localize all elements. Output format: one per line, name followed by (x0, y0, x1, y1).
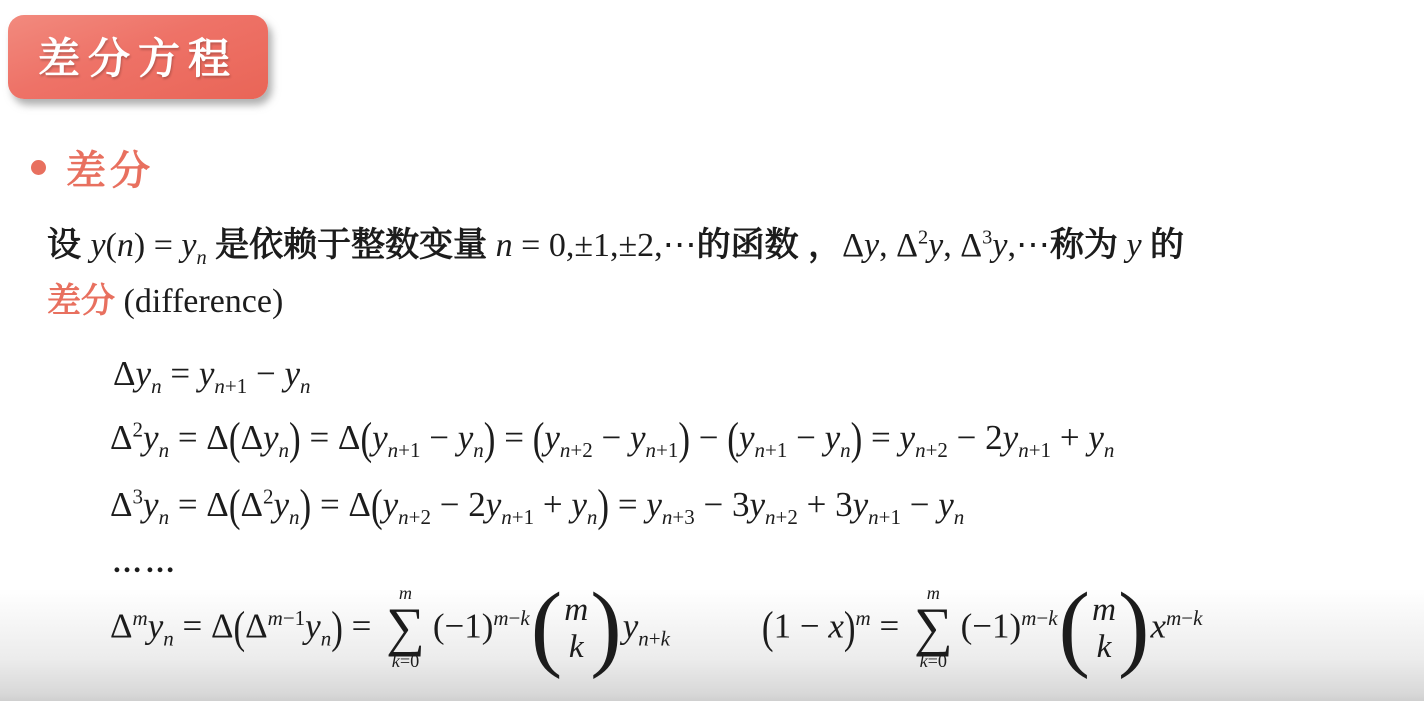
section-heading-label: 差分 (66, 139, 154, 196)
bullet-icon (31, 160, 46, 175)
formula-third-difference: Δ3yn = Δ(Δ2yn) = Δ(yn+2 − 2yn+1 + yn) = … (110, 485, 1424, 526)
formula-first-difference: Δyn = yn+1 − yn (113, 354, 1424, 394)
ellipsis-line: …… (112, 546, 1424, 580)
intro-line-2: 差分 (difference) (47, 274, 1347, 330)
formula-second-difference: Δ2yn = Δ(Δyn) = Δ(yn+1 − yn) = (yn+2 − y… (110, 418, 1424, 459)
formula-mth-difference-row: Δmyn = Δ(Δm−1yn) = m∑k=0(−1)m−k(mk)yn+k … (110, 586, 1424, 673)
intro-paragraph: 设 y(n) = yn 是依赖于整数变量 n = 0,±1,±2,⋯的函数 ，Δ… (47, 218, 1347, 330)
formula-mth-difference: Δmyn = Δ(Δm−1yn) = m∑k=0(−1)m−k(mk)yn+k (110, 586, 670, 673)
formula-binomial-expansion: (1 − x)m = m∑k=0(−1)m−k(mk)xm−k (762, 586, 1203, 673)
intro-line-1: 设 y(n) = yn 是依赖于整数变量 n = 0,±1,±2,⋯的函数 ，Δ… (47, 218, 1347, 274)
title-badge: 差分方程 (8, 15, 268, 99)
slide: 差分方程 差分 设 y(n) = yn 是依赖于整数变量 n = 0,±1,±2… (0, 0, 1424, 701)
section-heading: 差分 (31, 139, 1424, 196)
